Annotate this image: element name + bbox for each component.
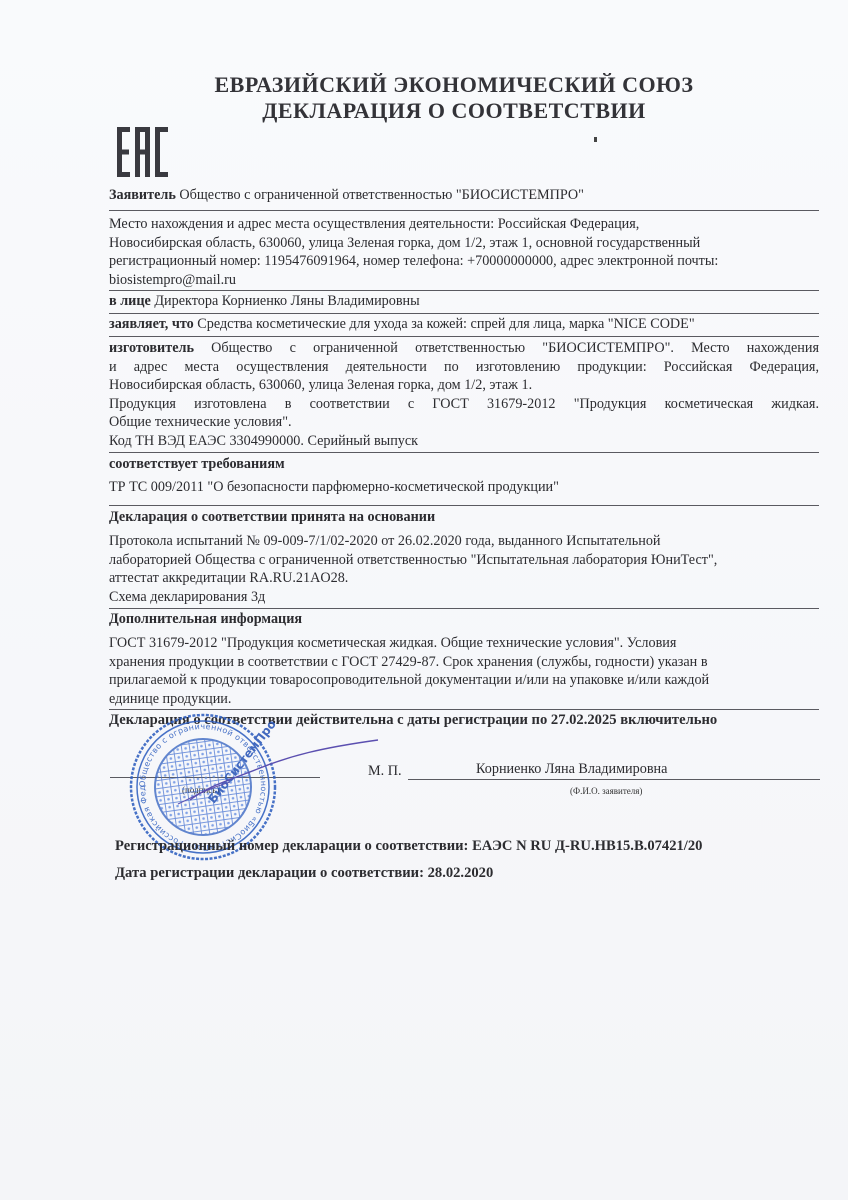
signer-caption: (Ф.И.О. заявителя) bbox=[570, 782, 642, 801]
divider bbox=[109, 210, 819, 211]
applicant-value: Общество с ограниченной ответственностью… bbox=[179, 187, 584, 203]
manufacturer-block: изготовитель Общество с ограниченной отв… bbox=[109, 339, 819, 450]
requirements-value: ТР ТС 009/2011 "О безопасности парфюмерн… bbox=[109, 478, 819, 497]
basis-line: лабораторией Общества с ограниченной отв… bbox=[109, 551, 819, 570]
divider bbox=[109, 336, 819, 337]
address-line: регистрационный номер: 1195476091964, но… bbox=[109, 252, 819, 271]
union-title: ЕВРАЗИЙСКИЙ ЭКОНОМИЧЕСКИЙ СОЮЗ bbox=[30, 72, 848, 98]
hs-code-line: Код ТН ВЭД ЕАЭС 3304990000. Серийный вып… bbox=[109, 432, 819, 451]
address-email: biosistempro@mail.ru bbox=[109, 271, 819, 290]
representative-value: Директора Корниенко Ляны Владимировны bbox=[154, 293, 419, 309]
basis-line: аттестат аккредитации RA.RU.21AO28. bbox=[109, 569, 819, 588]
representative-label: в лице bbox=[109, 293, 151, 309]
representative-row: в лице Директора Корниенко Ляны Владимир… bbox=[109, 292, 819, 311]
manufacturer-line2: и адрес места осуществления деятельности… bbox=[109, 358, 819, 377]
address-line: Место нахождения и адрес места осуществл… bbox=[109, 215, 819, 234]
registration-date-value: 28.02.2020 bbox=[428, 865, 494, 881]
declares-row: заявляет, что Средства косметические для… bbox=[109, 315, 819, 334]
signer-name: Корниенко Ляна Владимировна bbox=[476, 760, 667, 779]
registration-number-label: Регистрационный номер декларации о соотв… bbox=[115, 838, 468, 854]
additional-line: ГОСТ 31679-2012 "Продукция косметическая… bbox=[109, 634, 819, 653]
document-title: ДЕКЛАРАЦИЯ О СООТВЕТСТВИИ bbox=[30, 98, 848, 124]
basis-line: Протокола испытаний № 09-009-7/1/02-2020… bbox=[109, 532, 819, 551]
applicant-row: Заявитель Общество с ограниченной ответс… bbox=[109, 186, 809, 205]
basis-block: Протокола испытаний № 09-009-7/1/02-2020… bbox=[109, 532, 819, 606]
manufacturer-label: изготовитель bbox=[109, 340, 194, 356]
additional-block: ГОСТ 31679-2012 "Продукция косметическая… bbox=[109, 634, 819, 708]
additional-line: прилагаемой к продукции товаросопроводит… bbox=[109, 671, 819, 690]
additional-line: хранения продукции в соответствии с ГОСТ… bbox=[109, 653, 819, 672]
speck-mark bbox=[594, 137, 597, 142]
handwritten-signature bbox=[150, 730, 390, 820]
basis-label: Декларация о соответствии принята на осн… bbox=[109, 508, 435, 527]
signer-line bbox=[408, 779, 820, 780]
requirements-label: соответствует требованиям bbox=[109, 455, 285, 474]
registration-number-value: ЕАЭС N RU Д-RU.НВ15.В.07421/20 bbox=[472, 838, 702, 854]
manufacturer-line5: Общие технические условия". bbox=[109, 413, 819, 432]
registration-date-row: Дата регистрации декларации о соответств… bbox=[115, 864, 835, 883]
registration-number-row: Регистрационный номер декларации о соотв… bbox=[115, 837, 835, 856]
additional-label: Дополнительная информация bbox=[109, 610, 302, 629]
applicant-label: Заявитель bbox=[109, 187, 176, 203]
address-line: Новосибирская область, 630060, улица Зел… bbox=[109, 234, 819, 253]
divider bbox=[109, 452, 819, 453]
manufacturer-line4: Продукция изготовлена в соответствии с Г… bbox=[109, 395, 819, 414]
declares-value: Средства косметические для ухода за коже… bbox=[197, 316, 694, 332]
manufacturer-line3: Новосибирская область, 630060, улица Зел… bbox=[109, 376, 819, 395]
declaration-page: ЕВРАЗИЙСКИЙ ЭКОНОМИЧЕСКИЙ СОЮЗ ДЕКЛАРАЦИ… bbox=[0, 0, 848, 1200]
additional-line: единице продукции. bbox=[109, 690, 819, 709]
manufacturer-line: изготовитель Общество с ограниченной отв… bbox=[109, 339, 819, 358]
declares-label: заявляет, что bbox=[109, 316, 194, 332]
manufacturer-line1: Общество с ограниченной ответственностью… bbox=[211, 340, 819, 356]
address-block: Место нахождения и адрес места осуществл… bbox=[109, 215, 819, 289]
eac-logo-icon bbox=[116, 127, 168, 177]
registration-date-label: Дата регистрации декларации о соответств… bbox=[115, 865, 424, 881]
divider bbox=[109, 505, 819, 506]
declaration-scheme: Схема декларирования 3д bbox=[109, 588, 819, 607]
